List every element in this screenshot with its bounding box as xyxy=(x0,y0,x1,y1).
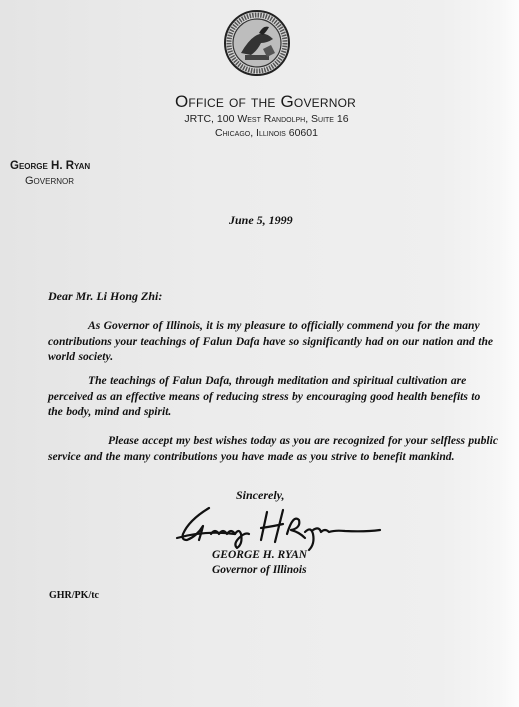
signer-name: GEORGE H. RYAN xyxy=(212,549,307,561)
signer-title: Governor of Illinois xyxy=(212,564,307,576)
body-paragraph: The teachings of Falun Dafa, through med… xyxy=(48,373,498,420)
body-paragraph: Please accept my best wishes today as yo… xyxy=(48,433,498,464)
body-paragraph: As Governor of Illinois, it is my pleasu… xyxy=(48,318,498,365)
letter-page: Office of the Governor JRTC, 100 West Ra… xyxy=(0,0,519,707)
governor-name: George H. Ryan xyxy=(10,160,90,172)
office-address-line1: JRTC, 100 West Randolph, Suite 16 xyxy=(0,113,519,125)
office-title: Office of the Governor xyxy=(0,92,519,112)
state-seal-icon xyxy=(223,9,291,77)
signature-icon xyxy=(175,500,385,556)
governor-title: Governor xyxy=(25,175,74,187)
letter-date: June 5, 1999 xyxy=(229,213,293,228)
salutation: Dear Mr. Li Hong Zhi: xyxy=(48,289,162,304)
office-address-line2: Chicago, Illinois 60601 xyxy=(0,127,519,139)
reference-initials: GHR/PK/tc xyxy=(49,590,99,601)
